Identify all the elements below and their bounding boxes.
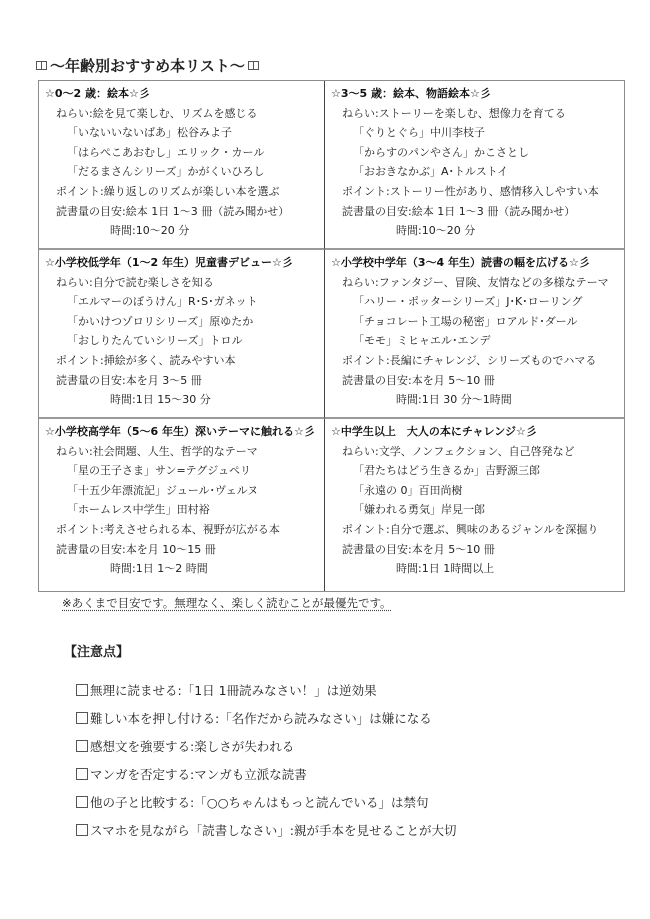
section-title: ☆中学生以上 大人の本にチャレンジ☆彡 <box>331 422 620 442</box>
checkbox-icon[interactable] <box>76 684 88 696</box>
book-item: 「十五少年漂流記」ジュール･ヴェルヌ <box>45 481 320 501</box>
section-amount: 読書量の目安:本を月 3～5 冊 <box>45 371 320 391</box>
book-item: 「ハリー・ポッターシリーズ」J･K･ローリング <box>331 292 620 312</box>
book-item: 「エルマーのぼうけん」R･S･ガネット <box>45 292 320 312</box>
section-amount: 読書量の目安:絵本 1日 1～3 冊（読み聞かせ） <box>331 202 620 222</box>
book-item: 「嫌われる勇気」岸見一郎 <box>331 500 620 520</box>
section-aim: ねらい:文学、ノンフェクション、自己啓発など <box>331 442 620 462</box>
section-time: 時間:10～20 分 <box>331 221 620 241</box>
caution-item: 感想文を強要する:楽しさが失われる <box>76 732 456 760</box>
book-item: 「かいけつゾロリシリーズ」原ゆたか <box>45 312 320 332</box>
book-item: 「ホームレス中学生」田村裕 <box>45 500 320 520</box>
book-item: 「はらぺこあおむし」エリック・カール <box>45 143 320 163</box>
section-elementary-middle: ☆小学校中学年（3～4 年生）読書の幅を広げる☆彡 ねらい:ファンタジー、冒険、… <box>325 250 624 419</box>
guideline-note: ※あくまで目安です。無理なく、楽しく読むことが最優先です。 <box>62 595 392 611</box>
section-point: ポイント:挿絵が多く、読みやすい本 <box>45 351 320 371</box>
section-point: ポイント:繰り返しのリズムが楽しい本を選ぶ <box>45 182 320 202</box>
book-icon <box>36 61 47 70</box>
caution-text: 無理に読ませる:「1日 1冊読みなさい！」は逆効果 <box>90 681 377 699</box>
book-item: 「モモ」ミヒャエル･エンデ <box>331 331 620 351</box>
book-item: 「からすのパンやさん」かこさとし <box>331 143 620 163</box>
section-amount: 読書量の目安:本を月 10～15 冊 <box>45 540 320 560</box>
caution-text: スマホを見ながら「読書しなさい」:親が手本を見せることが大切 <box>90 821 456 839</box>
book-icon <box>248 61 259 70</box>
book-item: 「星の王子さま」サン=テグジュペリ <box>45 461 320 481</box>
page-title: ～年齢別おすすめ本リスト～ <box>33 55 262 76</box>
section-title: ☆小学校中学年（3～4 年生）読書の幅を広げる☆彡 <box>331 253 620 273</box>
section-time: 時間:1日 15～30 分 <box>45 390 320 410</box>
caution-text: マンガを否定する:マンガも立派な読書 <box>90 765 307 783</box>
caution-item: 他の子と比較する:「○○ちゃんはもっと読んでいる」は禁句 <box>76 788 456 816</box>
checkbox-icon[interactable] <box>76 824 88 836</box>
section-aim: ねらい:自分で読む楽しさを知る <box>45 273 320 293</box>
checkbox-icon[interactable] <box>76 712 88 724</box>
caution-item: マンガを否定する:マンガも立派な読書 <box>76 760 456 788</box>
caution-text: 感想文を強要する:楽しさが失われる <box>90 737 294 755</box>
section-aim: ねらい:絵を見て楽しむ、リズムを感じる <box>45 104 320 124</box>
section-elementary-upper: ☆小学校高学年（5～6 年生）深いテーマに触れる☆彡 ねらい:社会問題、人生、哲… <box>39 419 325 591</box>
page-title-text: ～年齢別おすすめ本リスト～ <box>50 55 245 76</box>
section-title: ☆小学校低学年（1～2 年生）児童書デビュー☆彡 <box>45 253 320 273</box>
section-aim: ねらい:ストーリーを楽しむ、想像力を育てる <box>331 104 620 124</box>
book-item: 「おしりたんていシリーズ」トロル <box>45 331 320 351</box>
section-title: ☆0～2 歳：絵本☆彡 <box>45 84 320 104</box>
section-age-0-2: ☆0～2 歳：絵本☆彡 ねらい:絵を見て楽しむ、リズムを感じる 「いないいないば… <box>39 81 325 250</box>
caution-heading: 【注意点】 <box>64 641 129 660</box>
book-item: 「だるまさんシリーズ」かがくいひろし <box>45 162 320 182</box>
section-amount: 読書量の目安:本を月 5～10 冊 <box>331 540 620 560</box>
book-item: 「君たちはどう生きるか」吉野源三郎 <box>331 461 620 481</box>
section-time: 時間:1日 1時間以上 <box>331 559 620 579</box>
section-amount: 読書量の目安:絵本 1日 1～3 冊（読み聞かせ） <box>45 202 320 222</box>
section-point: ポイント:長編にチャレンジ、シリーズものでハマる <box>331 351 620 371</box>
caution-text: 難しい本を押し付ける:「名作だから読みなさい」は嫌になる <box>90 709 432 727</box>
section-junior-high-plus: ☆中学生以上 大人の本にチャレンジ☆彡 ねらい:文学、ノンフェクション、自己啓発… <box>325 419 624 591</box>
age-recommendation-table: ☆0～2 歳：絵本☆彡 ねらい:絵を見て楽しむ、リズムを感じる 「いないいないば… <box>38 80 625 592</box>
caution-list: 無理に読ませる:「1日 1冊読みなさい！」は逆効果 難しい本を押し付ける:「名作… <box>76 676 456 844</box>
book-item: 「いないいないばあ」松谷みよ子 <box>45 123 320 143</box>
section-time: 時間:10～20 分 <box>45 221 320 241</box>
section-point: ポイント:自分で選ぶ、興味のあるジャンルを深掘り <box>331 520 620 540</box>
section-time: 時間:1日 30 分～1時間 <box>331 390 620 410</box>
checkbox-icon[interactable] <box>76 768 88 780</box>
book-item: 「ぐりとぐら」中川李枝子 <box>331 123 620 143</box>
book-item: 「おおきなかぶ」A･トルストイ <box>331 162 620 182</box>
caution-item: スマホを見ながら「読書しなさい」:親が手本を見せることが大切 <box>76 816 456 844</box>
section-aim: ねらい:ファンタジー、冒険、友情などの多様なテーマ <box>331 273 620 293</box>
section-point: ポイント:考えさせられる本、視野が広がる本 <box>45 520 320 540</box>
caution-item: 難しい本を押し付ける:「名作だから読みなさい」は嫌になる <box>76 704 456 732</box>
section-elementary-lower: ☆小学校低学年（1～2 年生）児童書デビュー☆彡 ねらい:自分で読む楽しさを知る… <box>39 250 325 419</box>
caution-text: 他の子と比較する:「○○ちゃんはもっと読んでいる」は禁句 <box>90 793 429 811</box>
section-title: ☆3～5 歳：絵本、物語絵本☆彡 <box>331 84 620 104</box>
section-point: ポイント:ストーリー性があり、感情移入しやすい本 <box>331 182 620 202</box>
section-title: ☆小学校高学年（5～6 年生）深いテーマに触れる☆彡 <box>45 422 320 442</box>
checkbox-icon[interactable] <box>76 740 88 752</box>
section-age-3-5: ☆3～5 歳：絵本、物語絵本☆彡 ねらい:ストーリーを楽しむ、想像力を育てる 「… <box>325 81 624 250</box>
section-aim: ねらい:社会問題、人生、哲学的なテーマ <box>45 442 320 462</box>
book-item: 「永遠の 0」百田尚樹 <box>331 481 620 501</box>
book-item: 「チョコレート工場の秘密」ロアルド･ダール <box>331 312 620 332</box>
checkbox-icon[interactable] <box>76 796 88 808</box>
caution-item: 無理に読ませる:「1日 1冊読みなさい！」は逆効果 <box>76 676 456 704</box>
section-amount: 読書量の目安:本を月 5～10 冊 <box>331 371 620 391</box>
section-time: 時間:1日 1～2 時間 <box>45 559 320 579</box>
